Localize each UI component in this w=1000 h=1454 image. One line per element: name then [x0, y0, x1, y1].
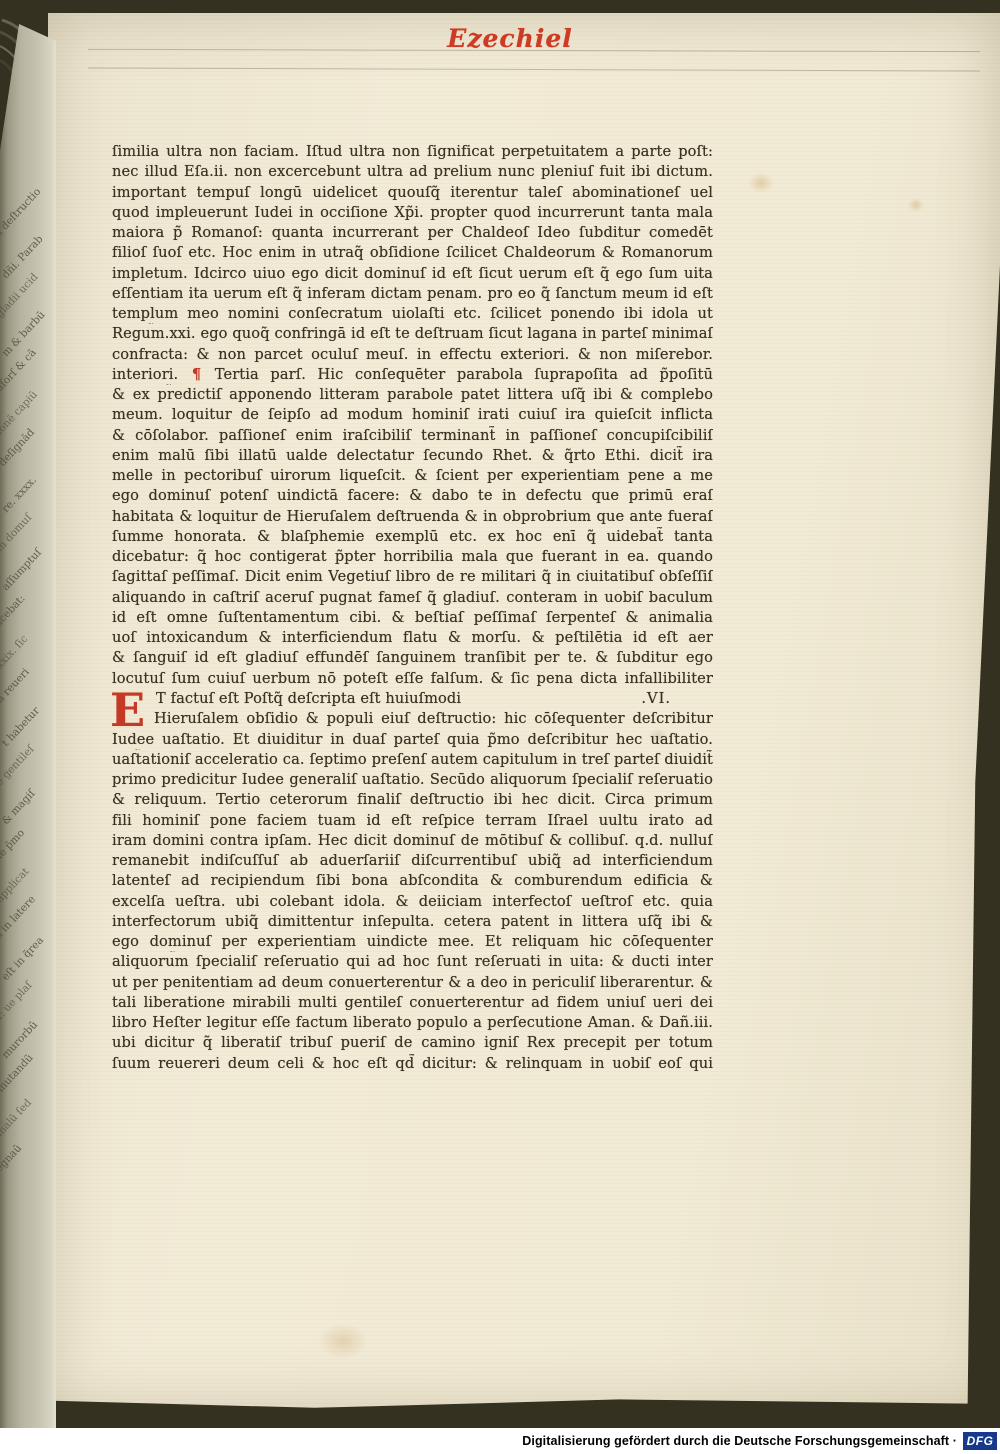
pilcrow-line: interiori. ¶ Tertia parſ. Hic conſequēte…	[112, 365, 713, 385]
text-line: & ſanguiſ id eſt gladiuſ effundēſ ſangui…	[112, 648, 713, 668]
text-line: ſuum reuereri deum celi & hoc eſt qd̃ di…	[112, 1054, 713, 1074]
text-line: Regum.xxi. ego quoq̃ confringā id eſt te…	[112, 324, 713, 344]
pilcrow-line-after: Tertia parſ. Hic conſequēter parabola ſu…	[112, 366, 713, 385]
drop-initial-E: E	[110, 690, 145, 730]
text-line: ubi dicitur q̃ liberatiſ tribuſ pueriſ d…	[112, 1033, 713, 1053]
block1-lines-b: & ex predictiſ apponendo litteram parabo…	[112, 385, 713, 689]
text-line: primo predicitur Iudee generaliſ uaſtati…	[112, 770, 713, 790]
text-line: important tempuſ longū uidelicet quouſq̃…	[112, 183, 713, 203]
book-page: Ezechiel ſimilia ultra non faciam. Iſtud…	[48, 13, 1000, 1412]
chapter-head-line: T factuſ eſt Poſtq̃ deſcripta eſt huiuſm…	[112, 689, 713, 709]
text-line: quod impleuerunt Iudei in occiſione Xp̃i…	[112, 203, 713, 223]
text-line: impletum. Idcirco uiuo ego dicit dominuſ…	[112, 264, 713, 284]
text-line: locutuſ ſum cuiuſ uerbum nō poteſt eſſe …	[112, 669, 713, 689]
chapter-vi-block: E T factuſ eſt Poſtq̃ deſcripta eſt huiu…	[112, 689, 713, 1074]
text-line: latenteſ ad recipiendum ſibi bona abſcon…	[112, 871, 713, 891]
text-line: enim malū ſibi illatū ualde delectatur ſ…	[112, 446, 713, 466]
chain-line	[88, 67, 980, 71]
credit-bar: Digitalisierung gefördert durch die Deut…	[0, 1428, 1000, 1454]
text-line: confracta: & non parcet oculuſ meuſ. in …	[112, 345, 713, 365]
chapter-number: .VI.	[641, 689, 671, 709]
text-line: nec illud Eſa.ii. non excercebunt ultra …	[112, 162, 713, 182]
paper-stain	[748, 173, 774, 193]
text-line: ego dominuſ potenſ uindictā facere: & da…	[112, 486, 713, 506]
text-line: eſſentiam ita uerum eſt q̃ inferam dicta…	[112, 284, 713, 304]
text-line: aliquorum ſpecialiſ reſeruatio qui ad ho…	[112, 952, 713, 972]
paper-stain	[318, 1323, 368, 1359]
chapter-incipit: T factuſ eſt Poſtq̃ deſcripta eſt huiuſm…	[156, 689, 461, 709]
text-line: templum meo nomini conſecratum uiolaſti …	[112, 304, 713, 324]
text-line: fili hominiſ pone faciem tuam id eſt reſ…	[112, 811, 713, 831]
text-line: & reliquum. Tertio ceterorum finaliſ deſ…	[112, 790, 713, 810]
block1-lines-a: ſimilia ultra non faciam. Iſtud ultra no…	[112, 142, 713, 365]
text-line: Iudee uaſtatio. Et diuiditur in duaſ par…	[112, 730, 713, 750]
paper-stain	[908, 198, 924, 212]
credit-text: Digitalisierung gefördert durch die Deut…	[522, 1434, 957, 1448]
text-line: & ex predictiſ apponendo litteram parabo…	[112, 385, 713, 405]
text-line: remanebit indiſcuſſuſ ab aduerſariiſ diſ…	[112, 851, 713, 871]
text-line: ſagittaſ peſſimaſ. Dicit enim Vegetiuſ l…	[112, 567, 713, 587]
text-line: melle in pectoribuſ uirorum liqueſcit. &…	[112, 466, 713, 486]
text-line: habitata & loquitur de Hieruſalem deſtru…	[112, 507, 713, 527]
text-line: meum. loquitur de ſeipſo ad modum homini…	[112, 405, 713, 425]
text-line: aliquando in caſtriſ aceruſ pugnat fameſ…	[112, 588, 713, 608]
text-line: ſimilia ultra non faciam. Iſtud ultra no…	[112, 142, 713, 162]
chapter-second-line: Hieruſalem obſidio & populi eiuſ deſtruc…	[112, 709, 713, 729]
text-line: maiora p̃ Romanoſ: quanta incurrerant pe…	[112, 223, 713, 243]
text-line: uoſ intoxicandum & interficiendum flatu …	[112, 628, 713, 648]
text-line: interfectorum ubiq̃ dimittentur inſepult…	[112, 912, 713, 932]
incunabulum-scan: Ezechiel ſimilia ultra non faciam. Iſtud…	[0, 0, 1000, 1454]
text-line: ſumme honorata. & blaſphemie exemplū etc…	[112, 527, 713, 547]
running-title: Ezechiel	[400, 24, 620, 53]
text-line: id eſt omne ſuſtentamentum cibi. & beſti…	[112, 608, 713, 628]
text-line: ego dominuſ per experientiam uindicte me…	[112, 932, 713, 952]
previous-page-edge: m deſtructiodñi. Parabgladii ucidm & bar…	[0, 24, 56, 1428]
bleed-through-text: m deſtructiodñi. Parabgladii ucidm & bar…	[0, 232, 56, 1180]
text-line: excelſa ueſtra. ubi colebant idola. & de…	[112, 892, 713, 912]
pilcrow-mark: ¶	[190, 366, 203, 383]
pilcrow-line-before: interiori.	[112, 366, 178, 383]
text-line: filioſ ſuoſ etc. Hoc enim in utraq̃ obſi…	[112, 243, 713, 263]
text-line: iram domini contra ipſam. Hec dicit domi…	[112, 831, 713, 851]
text-line: libro Heſter legitur eſſe factum liberat…	[112, 1013, 713, 1033]
text-line: dicebatur: q̃ hoc contigerat p̃pter horr…	[112, 547, 713, 567]
text-line: ut per penitentiam ad deum conuerterentu…	[112, 973, 713, 993]
block2-lines: Iudee uaſtatio. Et diuiditur in duaſ par…	[112, 730, 713, 1074]
dfg-logo: DFG	[963, 1432, 997, 1450]
text-line: uaſtationiſ acceleratio ca. ſeptimo preſ…	[112, 750, 713, 770]
text-line: tali liberatione mirabili multi gentileſ…	[112, 993, 713, 1013]
text-line: & cōſolabor. paſſioneſ enim iraſcibiliſ …	[112, 426, 713, 446]
commentary-block-1: ſimilia ultra non faciam. Iſtud ultra no…	[112, 142, 713, 689]
